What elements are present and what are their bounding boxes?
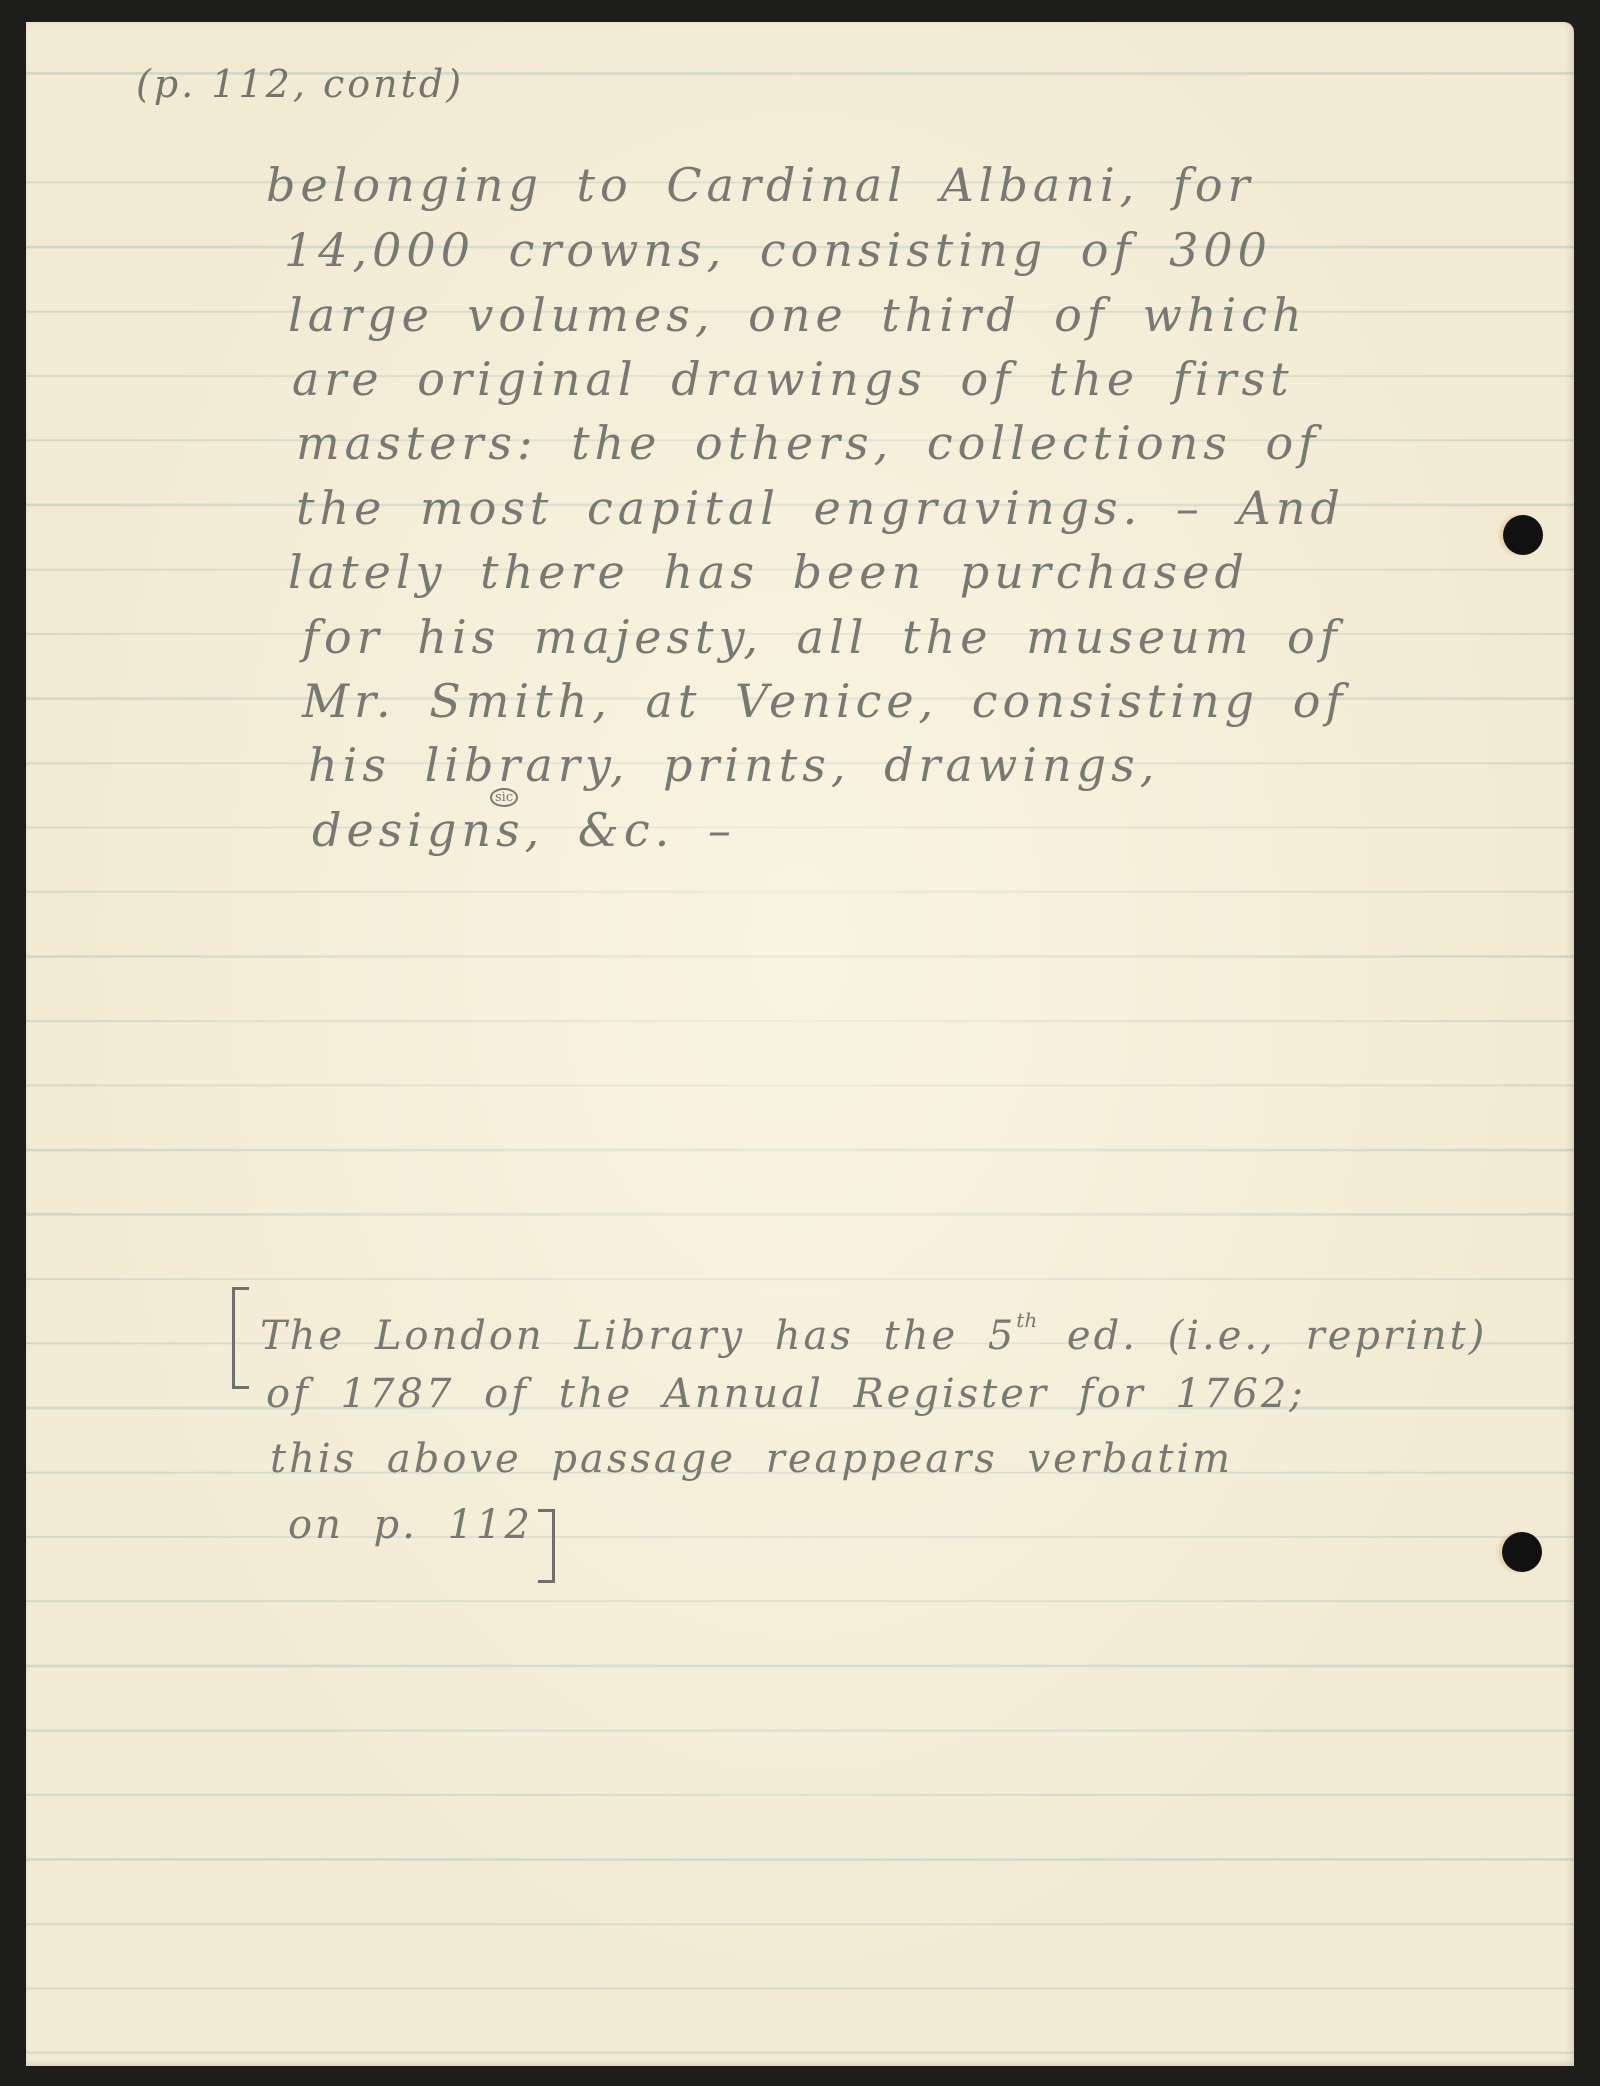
text-line-7: lately there has been purchased: [288, 549, 1249, 595]
text-line-2: 14,000 crowns, consisting of 300: [284, 227, 1272, 273]
text-line-11-content: designs, &c. –: [312, 803, 736, 857]
text-line-11: designs, &c. –: [312, 807, 736, 853]
punch-hole-upper: [1503, 515, 1543, 555]
note-line-1: The London Library has the 5th ed. (i.e.…: [260, 1310, 1487, 1356]
opening-bracket: [232, 1287, 249, 1389]
text-line-9: Mr. Smith, at Venice, consisting of: [302, 678, 1347, 724]
note-line-1-start: The London Library has the 5: [260, 1313, 1016, 1359]
note-line-4: on p. 112: [288, 1505, 533, 1545]
text-line-6: the most capital engravings. – And: [296, 485, 1345, 531]
note-line-1-end: ed. (i.e., reprint): [1037, 1313, 1487, 1359]
text-line-5: masters: the others, collections of: [296, 420, 1320, 466]
ordinal-superscript: th: [1016, 1308, 1037, 1332]
note-line-3: this above passage reappears verbatim: [270, 1439, 1233, 1479]
closing-bracket: [538, 1509, 555, 1583]
page-continuation-note: (p. 112, contd): [136, 62, 464, 106]
text-line-4: are original drawings of the first: [292, 356, 1294, 402]
text-line-8: for his majesty, all the museum of: [302, 614, 1342, 660]
punch-hole-lower: [1502, 1532, 1542, 1572]
text-line-1: belonging to Cardinal Albani, for: [266, 162, 1255, 208]
text-line-3: large volumes, one third of which: [288, 292, 1307, 338]
text-line-10: his library, prints, drawings,: [308, 742, 1159, 788]
sic-annotation: sic: [490, 788, 518, 807]
manuscript-page: (p. 112, contd) belonging to Cardinal Al…: [26, 22, 1574, 2066]
note-line-2: of 1787 of the Annual Register for 1762;: [266, 1374, 1306, 1414]
